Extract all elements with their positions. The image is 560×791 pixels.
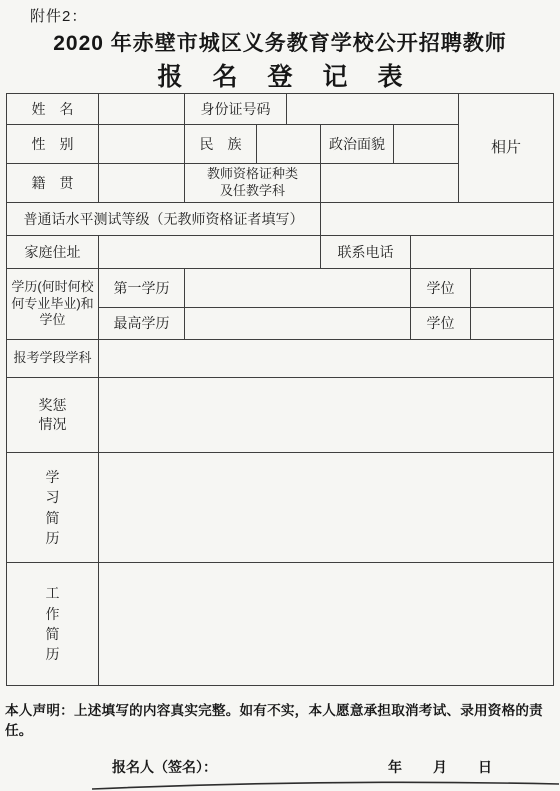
scanned-form-page: 附件2： 2020 年赤壁市城区义务教育学校公开招聘教师 报名登记表 姓 名 身… [0, 0, 560, 791]
highest-education-label: 最高学历 [99, 308, 185, 340]
degree-label-first: 学位 [411, 269, 471, 308]
contact-phone-label: 联系电话 [321, 236, 411, 269]
first-education-label: 第一学历 [99, 269, 185, 308]
mandarin-level-value-cell [321, 203, 554, 236]
rewards-punishments-label: 奖惩 情况 [7, 378, 99, 453]
gender-label: 性 别 [7, 125, 99, 164]
name-label: 姓 名 [7, 94, 99, 125]
photo-cell: 相片 [459, 94, 554, 203]
highest-education-value-cell [185, 308, 411, 340]
work-resume-label: 工 作 简 历 [7, 563, 99, 686]
education-degree-label: 学历(何时何校 何专业毕业)和 学位 [7, 269, 99, 340]
political-status-label: 政治面貌 [321, 125, 394, 164]
home-address-value-cell [99, 236, 321, 269]
teacher-cert-value-cell [321, 164, 459, 203]
applied-level-subject-value-cell [99, 340, 554, 378]
registration-table: 姓 名 身份证号码 相片 性 别 民 族 政治面貌 籍 贯 教师资格证种类 及任… [6, 93, 554, 686]
form-title: 2020 年赤壁市城区义务教育学校公开招聘教师 [0, 27, 560, 57]
date-month-label: 月 [433, 757, 447, 777]
rewards-punishments-value-cell [99, 378, 554, 453]
home-address-label: 家庭住址 [7, 236, 99, 269]
political-status-value-cell [394, 125, 459, 164]
page-edge-curve [0, 776, 560, 791]
degree-value-cell-first [471, 269, 554, 308]
first-education-value-cell [185, 269, 411, 308]
id-number-label: 身份证号码 [185, 94, 287, 125]
id-number-value-cell [287, 94, 459, 125]
name-value-cell [99, 94, 185, 125]
ethnicity-label: 民 族 [185, 125, 257, 164]
declaration-text: 本人声明：上述填写的内容真实完整。如有不实，本人愿意承担取消考试、录用资格的责任… [5, 699, 557, 739]
native-place-label: 籍 贯 [7, 164, 99, 203]
date-year-label: 年 [388, 757, 402, 777]
signer-label: 报名人（签名）： [112, 757, 217, 777]
study-resume-value-cell [99, 453, 554, 563]
date-day-label: 日 [478, 757, 492, 777]
attachment-label: 附件2： [30, 5, 87, 26]
applied-level-subject-label: 报考学段学科 [7, 340, 99, 378]
gender-value-cell [99, 125, 185, 164]
teacher-cert-label: 教师资格证种类 及任教学科 [185, 164, 321, 203]
work-resume-value-cell [99, 563, 554, 686]
degree-value-cell-highest [471, 308, 554, 340]
degree-label-highest: 学位 [411, 308, 471, 340]
native-place-value-cell [99, 164, 185, 203]
mandarin-level-label: 普通话水平测试等级（无教师资格证者填写） [7, 203, 321, 236]
ethnicity-value-cell [257, 125, 321, 164]
study-resume-label: 学 习 简 历 [7, 453, 99, 563]
contact-phone-value-cell [411, 236, 554, 269]
form-subtitle: 报名登记表 [0, 57, 560, 93]
